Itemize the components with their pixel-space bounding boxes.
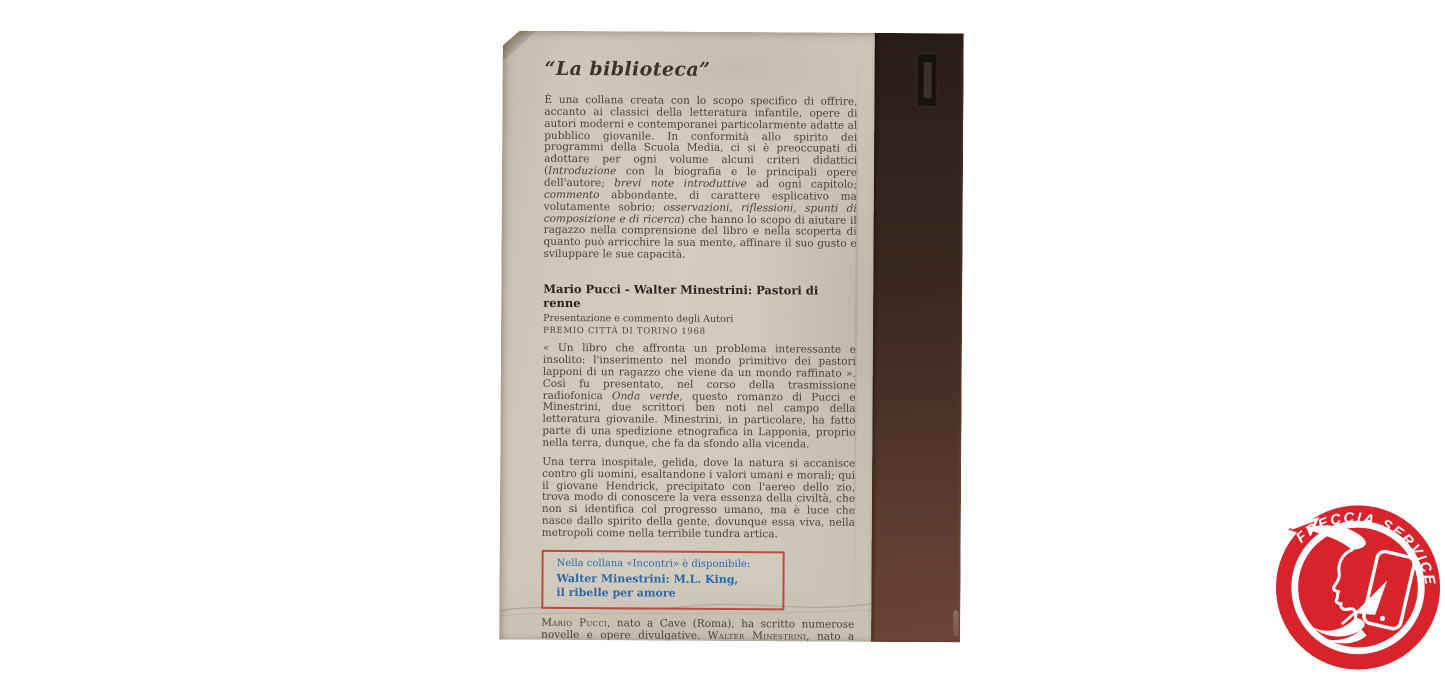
- freccia-service-logo: FRECCIA SERVICE: [1272, 502, 1444, 673]
- book-back-cover-photo: “La biblioteca” È una collana creata con…: [499, 31, 964, 643]
- spine-worn-edge: [953, 610, 958, 636]
- authors-note: Mario Pucci, nato a Cave (Roma), ha scri…: [541, 618, 854, 655]
- series-intro-paragraph: È una collana creata con lo scopo specif…: [543, 95, 857, 263]
- promo-title-line1: Walter Minestrini: M.L. King,: [556, 572, 738, 586]
- review-paragraph-2: Una terra inospitale, gelida, dove la na…: [542, 457, 856, 542]
- presentation-line: Presentazione e commento degli Autori: [543, 313, 856, 326]
- spine-label-sticker: [917, 54, 936, 106]
- cover-text-block: “La biblioteca” È una collana creata con…: [541, 58, 858, 656]
- promo-title: Walter Minestrini: M.L. King, il ribelle…: [556, 572, 772, 602]
- series-title: “La biblioteca”: [545, 58, 858, 82]
- promo-intro-line: Nella collana «Incontri» è disponibile:: [557, 558, 773, 570]
- book-title-heading: Mario Pucci - Walter Minestrini: Pastori…: [543, 282, 856, 312]
- promo-box: Nella collana «Incontri» è disponibile: …: [541, 550, 784, 611]
- promo-title-line2: il ribelle per amore: [556, 586, 675, 600]
- corner-wear-mark: [503, 31, 537, 62]
- book-listing: Mario Pucci - Walter Minestrini: Pastori…: [543, 282, 856, 338]
- back-cover: “La biblioteca” È una collana creata con…: [499, 31, 875, 642]
- book-spine: [871, 33, 964, 643]
- review-paragraph-1: « Un libro che affronta un problema inte…: [542, 343, 856, 452]
- award-line: PREMIO CITTÀ DI TORINO 1968: [543, 326, 856, 338]
- spine-label-mark: [923, 62, 931, 98]
